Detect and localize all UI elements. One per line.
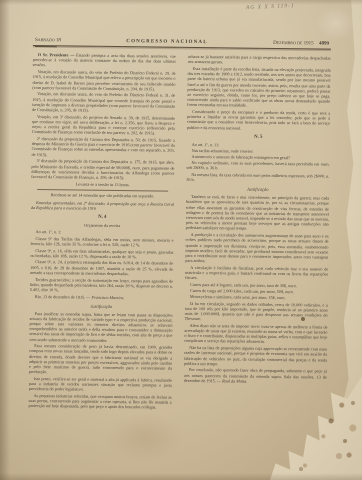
column-left: O Sr. Presidente — Estando prompta a act…: [28, 52, 175, 412]
justification-heading: Justificação: [30, 303, 173, 310]
scanned-gazette-page: { "annotation": "AG X X S 119-1", "heade…: [0, 0, 362, 480]
paper-stain-bottom: [105, 412, 185, 462]
paragraph: Essa installação é parte da escolha feit…: [187, 66, 330, 109]
printed-content: Sabbado 18 CONGRESSO NACIONAL Dezembro d…: [28, 38, 331, 414]
paragraph: O Sr. Presidente — Estando prompta a act…: [33, 52, 176, 69]
paragraph: Votação, em discussão unica, do veto do …: [32, 91, 175, 114]
paragraph: No capitulo ordinario, com as suas prece…: [186, 160, 329, 172]
paragraph: Tecidos guarnecidos; a secção de sustent…: [30, 276, 173, 293]
paragraph: Já ha em circulação, segundo os dados co…: [185, 300, 328, 323]
paragraph: Votação, em discussão unica, do veto do …: [32, 69, 175, 92]
section-number-heading: N. 4: [31, 214, 174, 221]
paragraph: Além disso não se trata de imposto novo:…: [184, 323, 327, 346]
paragraph: Tambem se está, de facto e mui visivelme…: [186, 194, 329, 232]
page-edge-shadow-top: [0, 0, 362, 5]
page-edge-shadow-bottom: [0, 473, 362, 480]
paragraph: As pequenas industrias referidas, que oc…: [28, 393, 171, 410]
paragraph: Rio, 13 de dezembro de 1915. — Francisco…: [30, 294, 173, 301]
masthead-month: Dezembro de 1915: [273, 41, 314, 46]
masthead-title: CONGRESSO NACIONAL: [126, 39, 208, 46]
masthead-date-left: Sabbado 18: [35, 38, 61, 44]
paragraph: Não ha na lista de proposições alguma cu…: [184, 345, 327, 368]
page-edge-shadow-left: [0, 0, 10, 480]
paper-background: AG X X S 119-1 Sabbado 18 CONGRESSO NACI…: [0, 0, 362, 480]
text-columns: O Sr. Presidente — Estando prompta a act…: [28, 52, 330, 414]
paragraph: 2ª discussão da proposição da Camara dos…: [32, 136, 175, 159]
centered-line: Recebem-se até 14 emendas que vão public…: [31, 192, 174, 199]
paragraph: A producção e a circulação dos automovei…: [185, 232, 328, 265]
section-number-heading: N. 5: [187, 134, 330, 141]
paragraph: Classe 9ª das Tarifas das Alfandegas, sê…: [30, 236, 173, 248]
centered-line: Levanta-se a sessão ás 13 horas.: [31, 181, 174, 188]
paragraph: Considerando o preço da escriptura e o p…: [187, 109, 330, 132]
paper-stain-top-right: [316, 6, 356, 40]
paragraph: Classe 9ª, n. 16, sêda em fitas adamasca…: [30, 247, 173, 259]
paragraph: Por conclusão, não querendo fazer obra d…: [184, 367, 327, 384]
paragraph: Para justificar as emendas supra, basta …: [29, 311, 172, 344]
paragraph: A circulação é facilima de fiscalizar, p…: [185, 265, 328, 282]
paragraph: Isto posto, verifica-se ser geral e mate…: [29, 376, 172, 393]
paragraph: Votação, em 3ª discussão, do projecto do…: [32, 114, 175, 137]
separator-rule: [37, 189, 168, 192]
italic-note: Emendas apresentadas, em 2ª discussão, á…: [31, 200, 174, 212]
justification-heading: Justificação: [186, 186, 329, 193]
masthead-date-right: Dezembro de 1915 4899: [273, 41, 329, 48]
column-right: achava-se já bastante satisfeita para a …: [183, 54, 330, 414]
masthead: Sabbado 18 CONGRESSO NACIONAL Dezembro d…: [33, 38, 331, 50]
centered-line: Orçamento da receita: [31, 222, 174, 229]
paragraph: Na mesma lista, da taxa cobrada em ouro …: [186, 172, 329, 184]
paragraph: Essa mesma consideração de peso já havia…: [29, 343, 172, 376]
masthead-page-number: 4899: [319, 41, 329, 46]
paragraph: achava-se já bastante satisfeita para a …: [188, 54, 331, 66]
paragraph: Classe 9ª, n. 24, á primeira estampada d…: [30, 259, 173, 276]
paragraph: 3ª discussão da proposição da Camara dos…: [31, 158, 174, 181]
